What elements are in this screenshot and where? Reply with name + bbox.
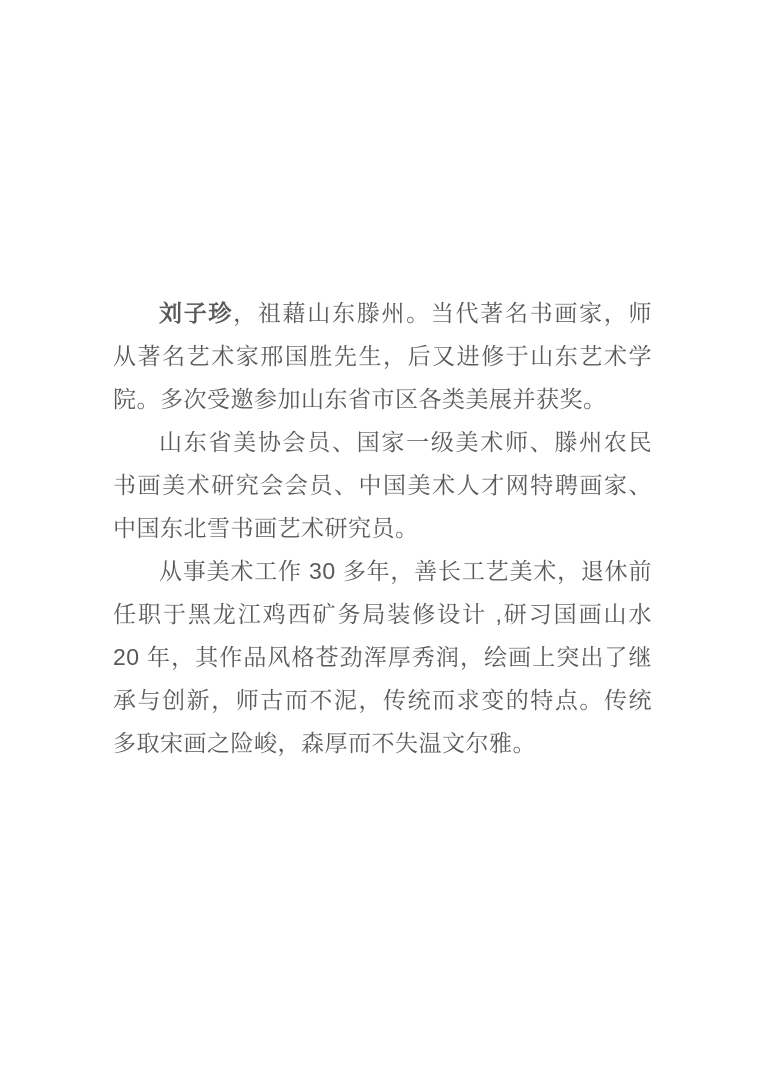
artist-name: 刘子珍 xyxy=(159,300,233,326)
paragraph: 山东省美协会员、国家一级美术师、滕州农民书画美术研究会会员、中国美术人才网特聘画… xyxy=(113,421,652,550)
paragraph-text: 山东省美协会员、国家一级美术师、滕州农民书画美术研究会会员、中国美术人才网特聘画… xyxy=(113,429,652,541)
paragraph: 从事美术工作 30 多年，善长工艺美术，退休前任职于黑龙江鸡西矿务局装修设计 ,… xyxy=(113,550,652,765)
document-page: 刘子珍，祖藉山东滕州。当代著名书画家，师从著名艺术家邢国胜先生，后又进修于山东艺… xyxy=(0,0,763,1080)
bio-text-block: 刘子珍，祖藉山东滕州。当代著名书画家，师从著名艺术家邢国胜先生，后又进修于山东艺… xyxy=(113,292,652,765)
paragraph: 刘子珍，祖藉山东滕州。当代著名书画家，师从著名艺术家邢国胜先生，后又进修于山东艺… xyxy=(113,292,652,421)
paragraph-text: 从事美术工作 30 多年，善长工艺美术，退休前任职于黑龙江鸡西矿务局装修设计 ,… xyxy=(113,558,652,756)
